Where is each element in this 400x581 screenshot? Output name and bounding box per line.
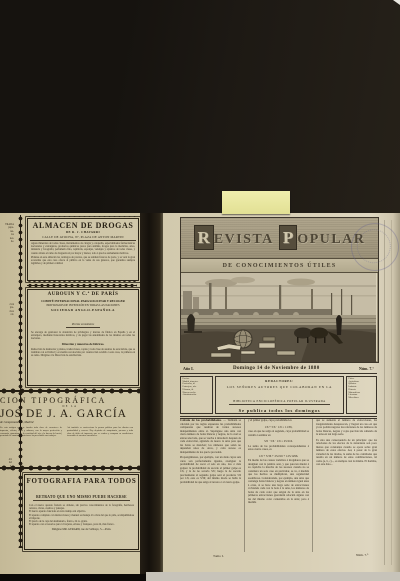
masthead-title-band: REVISTA POPULAR bbox=[181, 218, 378, 258]
dateline-volume: Año I. bbox=[183, 366, 194, 371]
ad-fotografia-title: FOTOGRAFIA PARA TODOS bbox=[25, 477, 138, 485]
ad-almacen-drogas: ALMACEN DE DROGAS DE R. J. CHAVARRI CALL… bbox=[27, 218, 139, 281]
footer-num: Núm. 7.° bbox=[356, 553, 368, 557]
column-rule-1 bbox=[244, 419, 245, 552]
ad-fotografia: FOTOGRAFIA PARA TODOS RETRATO QUE UNO MI… bbox=[24, 474, 139, 550]
redactores-box: REDACTORES: LOS SEÑORES AUTORES QUE COLA… bbox=[215, 376, 344, 414]
column-rule-2 bbox=[312, 419, 313, 552]
article-col1-p1: — También se calculan por las reglas exp… bbox=[180, 419, 241, 454]
masthead-ribbon: DE CONOCIMIENTOS ÚTILES bbox=[181, 258, 378, 273]
scan-bottom-margin bbox=[146, 572, 400, 581]
article-col2-p2: caso en que no salga al segundo, cuya pr… bbox=[248, 430, 309, 437]
dateline: Año I. Domingo 14 de Noviembre de 1880 N… bbox=[180, 363, 377, 374]
page-fold-line bbox=[384, 220, 385, 565]
list-line: ral. bbox=[0, 313, 14, 316]
article-col3-p2: Es ésta una consecuencia de un principio… bbox=[316, 439, 377, 467]
redactores-line2: BIBLIOTECA ENCICLOPÉDICA POPULAR ILUSTRA… bbox=[229, 399, 330, 406]
publication-schedule: Se publica todos los domingos bbox=[216, 408, 343, 413]
ad-aubouin-line5: Precios económicos bbox=[66, 323, 100, 328]
ad-fotografia-subtitle: RETRATO QUE UNO MISMO PUEDE HACERSE bbox=[33, 495, 130, 501]
ad-tipografica-col2: Así también se confecciona la prensa pol… bbox=[67, 427, 133, 438]
ad-fotografia-footer: Dirigirse MR. GERARD, rue de l'Abbaye, 5… bbox=[25, 528, 138, 531]
scanned-spread: TRADApape-rea-losnes.de. ciónpre-mosral.… bbox=[0, 0, 400, 581]
dateline-number: Núm. 7.° bbox=[359, 366, 374, 371]
left-page: TRADApape-rea-losnes.de. ciónpre-mosral.… bbox=[0, 213, 140, 574]
ad-drogas-body2: Pídanse en este almacén los catálogos de… bbox=[28, 255, 138, 266]
ad-aubouin-line2: COMITÉ INTERNACIONAL PARA SOLICITAR Y RE… bbox=[28, 299, 138, 303]
masthead-subtitle: DE CONOCIMIENTOS ÚTILES bbox=[223, 263, 337, 269]
redactores-line1: LOS SEÑORES AUTORES QUE COLABORAN EN LA bbox=[216, 385, 343, 389]
ad-drogas-owner: DE R. J. CHAVARRI bbox=[28, 230, 138, 234]
edge-fragments-top: TRADApape-rea-losnes.de. bbox=[0, 223, 14, 243]
ad-aubouin-body1: Se encarga de gestionar la obtención de … bbox=[28, 330, 138, 341]
formula-3: 1/6 + 5/36 + 25/216 + 125/1296. bbox=[248, 454, 309, 458]
ad-tipografica-title: CION TIPOGRÁFICA bbox=[0, 396, 140, 405]
page-fold-line-2 bbox=[391, 220, 392, 565]
ad-tipografica-name: JOS DE J. A. GARCÍA bbox=[0, 408, 140, 420]
article-col1-p2: Propongámonos, por ejemplo, con un dado … bbox=[180, 456, 241, 484]
article-col2-p4: En medio de las causas variables é irreg… bbox=[248, 459, 309, 505]
article-col3-p1: que se aumenta el número de extracciones… bbox=[316, 419, 377, 437]
library-stamp-inner bbox=[354, 226, 394, 266]
edge-fragments-mid: ciónpre-mosral. bbox=[0, 303, 14, 317]
ad-aubouin-line3: PRIVILEGIOS DE INVENCIÓN EN TODAS LAS NA… bbox=[28, 304, 138, 307]
chain-divider-1 bbox=[27, 283, 137, 288]
dateline-date: Domingo 14 de Noviembre de 1880 bbox=[233, 366, 320, 371]
article-calculo-probabilidades: Cálculo de las probabilidades. — También… bbox=[180, 419, 377, 552]
formula-2: 5/6 · 5/6 · 1/6 = 25/216. bbox=[248, 439, 309, 443]
subscription-info-box: Precios.Madrid, trimestre.Provincias, id… bbox=[180, 376, 213, 414]
ad-tipografica: CION TIPOGRÁFICA DE LA JOS DE J. A. GARC… bbox=[0, 396, 140, 438]
vertical-chain-ornament-2 bbox=[17, 474, 24, 548]
article-column-1: Cálculo de las probabilidades. — También… bbox=[180, 419, 241, 552]
corner-speck bbox=[393, 0, 400, 5]
redactores-label: REDACTORES: bbox=[216, 379, 343, 383]
ad-drogas-address: CALLE DE ATOCHA, 87, PLAZA DE ANTON MART… bbox=[30, 235, 136, 241]
big-chain-divider-2 bbox=[0, 464, 140, 472]
article-column-2: y el primer golpe, cuya probabilidad es … bbox=[248, 419, 309, 552]
ad-aubouin: AUBOUIN Y C.ª DE PARÍS COMITÉ INTERNACIO… bbox=[27, 289, 139, 386]
ad-drogas-title: ALMACEN DE DROGAS bbox=[28, 221, 138, 230]
masthead-word-revista: REVISTA bbox=[194, 228, 274, 248]
topics-info-box: Física.Agricultura.Química.Industria.His… bbox=[346, 376, 377, 414]
list-line: El aparato con accesorios para 12 tarjet… bbox=[29, 523, 134, 526]
sticky-note bbox=[222, 191, 290, 214]
article-col2-p1: y el primer golpe, cuya probabilidad es bbox=[248, 419, 309, 423]
footer-tomo: Tomo I. bbox=[213, 554, 224, 558]
ad-aubouin-title: AUBOUIN Y C.ª DE PARÍS bbox=[28, 292, 138, 297]
page-gutter bbox=[140, 213, 163, 574]
article-column-3: que se aumenta el número de extracciones… bbox=[316, 419, 377, 552]
big-chain-divider-1 bbox=[0, 387, 140, 395]
ad-drogas-body: Aguas minerales de todas clases, instrum… bbox=[28, 242, 138, 255]
ad-aubouin-line4: SOCIEDAD ANGLO-ESPAÑOLA bbox=[28, 308, 138, 312]
ad-tipografica-address: de Campomanes, 6, Madrid bbox=[0, 420, 140, 424]
list-line: de. bbox=[0, 240, 14, 243]
masthead: REVISTA POPULAR DE CONOCIMIENTOS ÚTILES bbox=[180, 217, 379, 363]
article-col2-p3: La suma de las probabilidades correspond… bbox=[248, 445, 309, 452]
cover-engraving bbox=[181, 273, 376, 362]
scan-background bbox=[0, 0, 400, 214]
ad-aubouin-body2: Redacción de memorias y planos, traducci… bbox=[28, 348, 138, 358]
ad-tipografica-col1: En esta antigua casa se funden toda clas… bbox=[0, 427, 62, 438]
ad-fotografia-body: Con el nuevo aparato francés se obtiene,… bbox=[25, 503, 138, 526]
ad-aubouin-center: Dirección y muestras de fábricas. bbox=[28, 342, 138, 346]
list-line: Miscelánea. bbox=[349, 397, 375, 400]
formula-1: 1/6 + 5/6 · 1/6 = 11/36, bbox=[248, 425, 309, 429]
list-line: Administración. bbox=[183, 394, 211, 397]
scan-bottom-strip bbox=[0, 574, 146, 581]
